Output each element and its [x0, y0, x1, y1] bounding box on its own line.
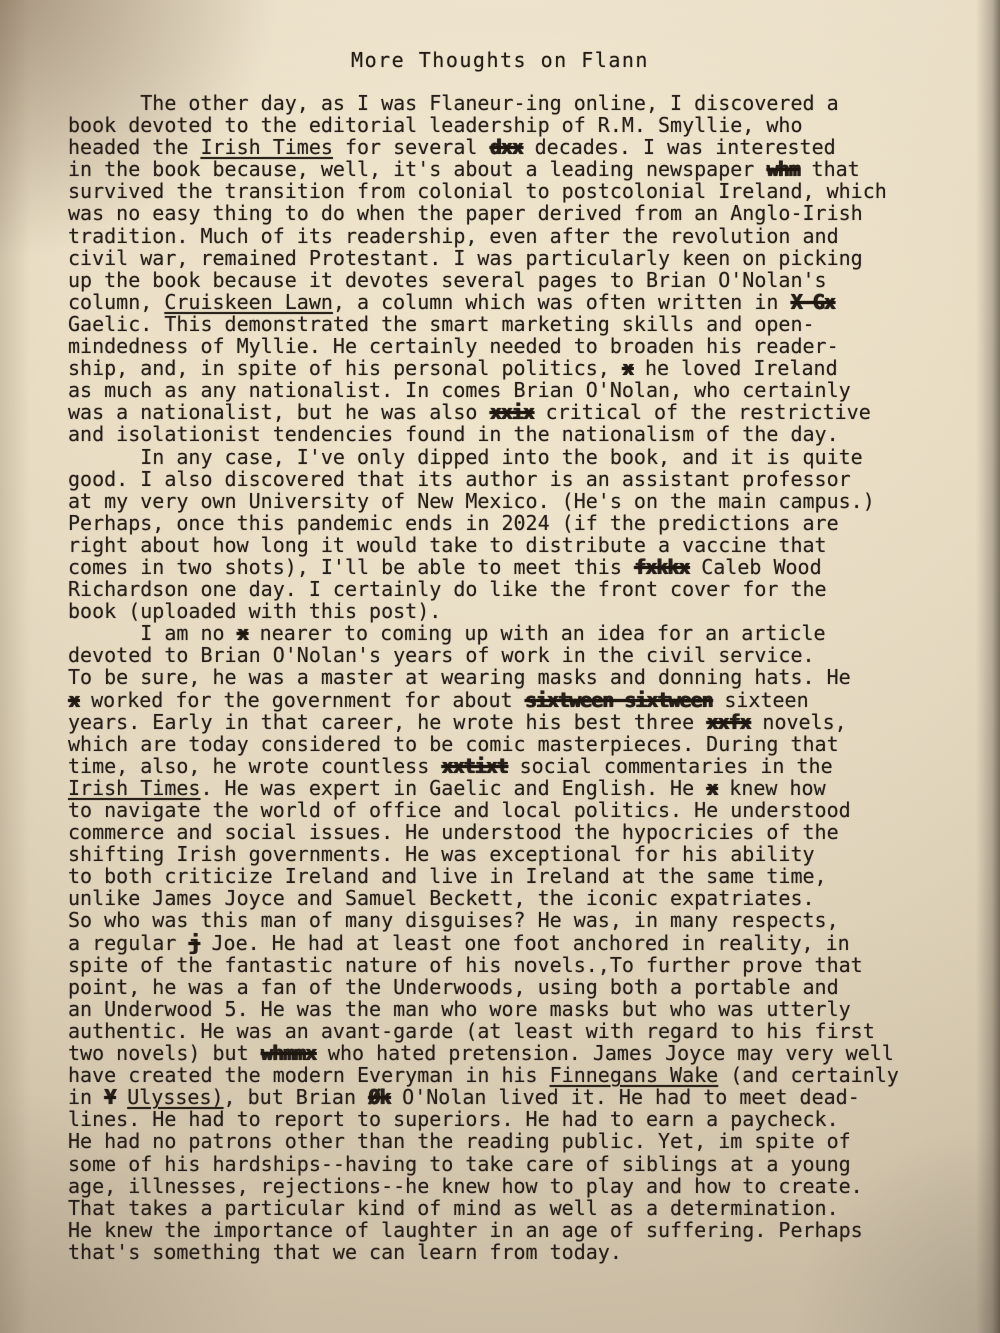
text-segment: spite of the fantastic nature of his nov… — [68, 953, 863, 977]
text-segment: The other day, as I was Flaneur-ing onli… — [68, 91, 839, 115]
text-line: To be sure, he was a master at wearing m… — [68, 666, 968, 688]
text-segment: devoted to Brian O'Nolan's years of work… — [68, 643, 815, 667]
text-line: tradition. Much of its readership, even … — [68, 225, 968, 247]
text-line: two novels) but whmmx who hated pretensi… — [68, 1042, 968, 1064]
text-line: ship, and, in spite of his personal poli… — [68, 357, 968, 379]
document-body: The other day, as I was Flaneur-ing onli… — [68, 92, 968, 1263]
text-segment: time, also, he wrote countless — [68, 754, 441, 778]
struck-out-text: xxix — [489, 400, 533, 424]
text-line: some of his hardships--having to take ca… — [68, 1153, 968, 1175]
text-line: commerce and social issues. He understoo… — [68, 821, 968, 843]
text-line: I am no x nearer to coming up with an id… — [68, 622, 968, 644]
text-segment: that — [800, 157, 860, 181]
text-segment: O'Nolan lived it. He had to meet dead- — [390, 1085, 860, 1109]
document-title: More Thoughts on Flann — [0, 48, 1000, 72]
text-line: He knew the importance of laughter in an… — [68, 1219, 968, 1241]
text-segment: worked for the government for about — [79, 688, 525, 712]
text-segment: book (uploaded with this post). — [68, 599, 441, 623]
underlined-text: Irish Times — [68, 776, 200, 800]
text-line: comes in two shots), I'll be able to mee… — [68, 556, 968, 578]
underlined-text: Ulysses) — [127, 1085, 223, 1109]
text-segment: decades. I was interested — [523, 135, 836, 159]
struck-out-text: dxx — [489, 135, 522, 159]
text-segment: authentic. He was an avant-garde (at lea… — [68, 1019, 875, 1043]
text-segment: was a nationalist, but he was also — [68, 400, 489, 424]
underlined-text: Finnegans Wake — [550, 1063, 719, 1087]
underlined-text: Irish Times — [200, 135, 332, 159]
text-line: Richardson one day. I certainly do like … — [68, 578, 968, 600]
text-segment: To be sure, he was a master at wearing m… — [68, 665, 851, 689]
struck-out-text: x — [622, 356, 633, 380]
text-segment: knew how — [717, 776, 825, 800]
text-line: have created the modern Everyman in his … — [68, 1064, 968, 1086]
text-segment: right about how long it would take to di… — [68, 533, 827, 557]
text-segment: He knew the importance of laughter in an… — [68, 1218, 863, 1242]
text-line: right about how long it would take to di… — [68, 534, 968, 556]
text-segment: So who was this man of many disguises? H… — [68, 908, 839, 932]
text-line: age, illnesses, rejections--he knew how … — [68, 1175, 968, 1197]
struck-out-text: xxtixt — [441, 754, 507, 778]
text-segment: point, he was a fan of the Underwoods, u… — [68, 975, 839, 999]
text-segment: some of his hardships--having to take ca… — [68, 1152, 851, 1176]
struck-out-text: Y — [104, 1085, 115, 1109]
text-segment: unlike James Joyce and Samuel Beckett, t… — [68, 886, 815, 910]
text-line: civil war, remained Protestant. I was pa… — [68, 247, 968, 269]
text-line: an Underwood 5. He was the man who wore … — [68, 998, 968, 1020]
struck-out-text: sixtween sixtween — [525, 688, 713, 712]
struck-out-text: xxfx — [706, 710, 750, 734]
text-segment: shifting Irish governments. He was excep… — [68, 842, 815, 866]
text-line: So who was this man of many disguises? H… — [68, 909, 968, 931]
text-segment: at my very own University of New Mexico.… — [68, 489, 875, 513]
text-line: Irish Times. He was expert in Gaelic and… — [68, 777, 968, 799]
struck-out-text: j — [188, 931, 199, 955]
struck-out-text: fxkkx — [634, 555, 689, 579]
text-segment: social commentaries in the — [508, 754, 833, 778]
text-segment: to navigate the world of office and loca… — [68, 798, 851, 822]
text-segment: mindedness of Myllie. He certainly neede… — [68, 334, 839, 358]
text-line: lines. He had to report to superiors. He… — [68, 1108, 968, 1130]
text-segment: have created the modern Everyman in his — [68, 1063, 550, 1087]
text-segment: novels, — [750, 710, 846, 734]
text-line: That takes a particular kind of mind as … — [68, 1197, 968, 1219]
text-line: was no easy thing to do when the paper d… — [68, 202, 968, 224]
text-line: mindedness of Myllie. He certainly neede… — [68, 335, 968, 357]
text-segment: as much as any nationalist. In comes Bri… — [68, 378, 851, 402]
text-segment: who hated pretension. James Joyce may ve… — [316, 1041, 894, 1065]
text-segment: civil war, remained Protestant. I was pa… — [68, 246, 863, 270]
text-segment: (and certainly — [718, 1063, 899, 1087]
text-segment: Gaelic. This demonstrated the smart mark… — [68, 312, 815, 336]
text-segment: He had no patrons other than the reading… — [68, 1129, 851, 1153]
text-line: was a nationalist, but he was also xxix … — [68, 401, 968, 423]
text-segment: book devoted to the editorial leadership… — [68, 113, 803, 137]
text-line: headed the Irish Times for several dxx d… — [68, 136, 968, 158]
text-segment: , but Brian — [224, 1085, 369, 1109]
text-line: He had no patrons other than the reading… — [68, 1130, 968, 1152]
text-line: Perhaps, once this pandemic ends in 2024… — [68, 512, 968, 534]
text-line: authentic. He was an avant-garde (at lea… — [68, 1020, 968, 1042]
text-line: column, Cruiskeen Lawn, a column which w… — [68, 291, 968, 313]
text-line: to navigate the world of office and loca… — [68, 799, 968, 821]
text-line: at my very own University of New Mexico.… — [68, 490, 968, 512]
text-line: a regular j Joe. He had at least one foo… — [68, 932, 968, 954]
text-segment: and isolationist tendencies found in the… — [68, 422, 839, 446]
text-line: The other day, as I was Flaneur-ing onli… — [68, 92, 968, 114]
struck-out-text: Øk — [368, 1085, 390, 1109]
text-segment: which are today considered to be comic m… — [68, 732, 839, 756]
text-line: Gaelic. This demonstrated the smart mark… — [68, 313, 968, 335]
text-segment: Perhaps, once this pandemic ends in 2024… — [68, 511, 839, 535]
text-line: good. I also discovered that its author … — [68, 468, 968, 490]
text-segment: comes in two shots), I'll be able to mee… — [68, 555, 634, 579]
text-segment — [115, 1085, 127, 1109]
struck-out-text: x — [237, 621, 248, 645]
text-segment: That takes a particular kind of mind as … — [68, 1196, 839, 1220]
text-segment: was no easy thing to do when the paper d… — [68, 201, 863, 225]
text-line: that's something that we can learn from … — [68, 1241, 968, 1263]
text-segment: ship, and, in spite of his personal poli… — [68, 356, 622, 380]
text-segment: years. Early in that career, he wrote hi… — [68, 710, 706, 734]
text-segment: column, — [68, 290, 164, 314]
underlined-text: Cruiskeen Lawn — [164, 290, 333, 314]
text-line: In any case, I've only dipped into the b… — [68, 446, 968, 468]
text-line: book (uploaded with this post). — [68, 600, 968, 622]
text-segment: he loved Ireland — [633, 356, 838, 380]
struck-out-text: X Gx — [790, 290, 834, 314]
text-line: spite of the fantastic nature of his nov… — [68, 954, 968, 976]
text-line: as much as any nationalist. In comes Bri… — [68, 379, 968, 401]
text-line: survived the transition from colonial to… — [68, 180, 968, 202]
text-line: which are today considered to be comic m… — [68, 733, 968, 755]
text-line: in Y Ulysses), but Brian Øk O'Nolan live… — [68, 1086, 968, 1108]
text-line: up the book because it devotes several p… — [68, 269, 968, 291]
text-segment: that's something that we can learn from … — [68, 1240, 622, 1264]
text-segment: in the book because, well, it's about a … — [68, 157, 766, 181]
text-segment: an Underwood 5. He was the man who wore … — [68, 997, 851, 1021]
text-segment: headed the — [68, 135, 200, 159]
text-segment: sixteen — [712, 688, 808, 712]
struck-out-text: x — [68, 688, 79, 712]
typewritten-page-photo: More Thoughts on Flann The other day, as… — [0, 0, 1000, 1333]
text-line: and isolationist tendencies found in the… — [68, 423, 968, 445]
text-segment: lines. He had to report to superiors. He… — [68, 1107, 839, 1131]
text-segment: age, illnesses, rejections--he knew how … — [68, 1174, 863, 1198]
text-segment: Joe. He had at least one foot anchored i… — [199, 931, 849, 955]
text-segment: in — [68, 1085, 104, 1109]
text-line: to both criticize Ireland and live in Ir… — [68, 865, 968, 887]
text-line: unlike James Joyce and Samuel Beckett, t… — [68, 887, 968, 909]
text-segment: tradition. Much of its readership, even … — [68, 224, 839, 248]
text-segment: for several — [333, 135, 490, 159]
text-segment: good. I also discovered that its author … — [68, 467, 851, 491]
struck-out-text: whm — [766, 157, 799, 181]
text-segment: commerce and social issues. He understoo… — [68, 820, 839, 844]
text-line: devoted to Brian O'Nolan's years of work… — [68, 644, 968, 666]
text-line: book devoted to the editorial leadership… — [68, 114, 968, 136]
text-segment: , a column which was often written in — [333, 290, 791, 314]
text-line: point, he was a fan of the Underwoods, u… — [68, 976, 968, 998]
text-segment: survived the transition from colonial to… — [68, 179, 887, 203]
text-line: time, also, he wrote countless xxtixt so… — [68, 755, 968, 777]
text-segment: critical of the restrictive — [534, 400, 871, 424]
text-segment: Richardson one day. I certainly do like … — [68, 577, 827, 601]
text-line: years. Early in that career, he wrote hi… — [68, 711, 968, 733]
text-segment: to both criticize Ireland and live in Ir… — [68, 864, 827, 888]
text-segment: I am no — [68, 621, 237, 645]
struck-out-text: whmmx — [261, 1041, 316, 1065]
text-segment: . He was expert in Gaelic and English. H… — [200, 776, 706, 800]
text-segment: a regular — [68, 931, 188, 955]
text-line: in the book because, well, it's about a … — [68, 158, 968, 180]
text-segment: up the book because it devotes several p… — [68, 268, 827, 292]
text-segment: nearer to coming up with an idea for an … — [248, 621, 826, 645]
text-line: shifting Irish governments. He was excep… — [68, 843, 968, 865]
text-segment: In any case, I've only dipped into the b… — [68, 445, 863, 469]
text-segment: two novels) but — [68, 1041, 261, 1065]
text-line: x worked for the government for about si… — [68, 689, 968, 711]
text-segment: Caleb Wood — [689, 555, 821, 579]
struck-out-text: x — [706, 776, 717, 800]
